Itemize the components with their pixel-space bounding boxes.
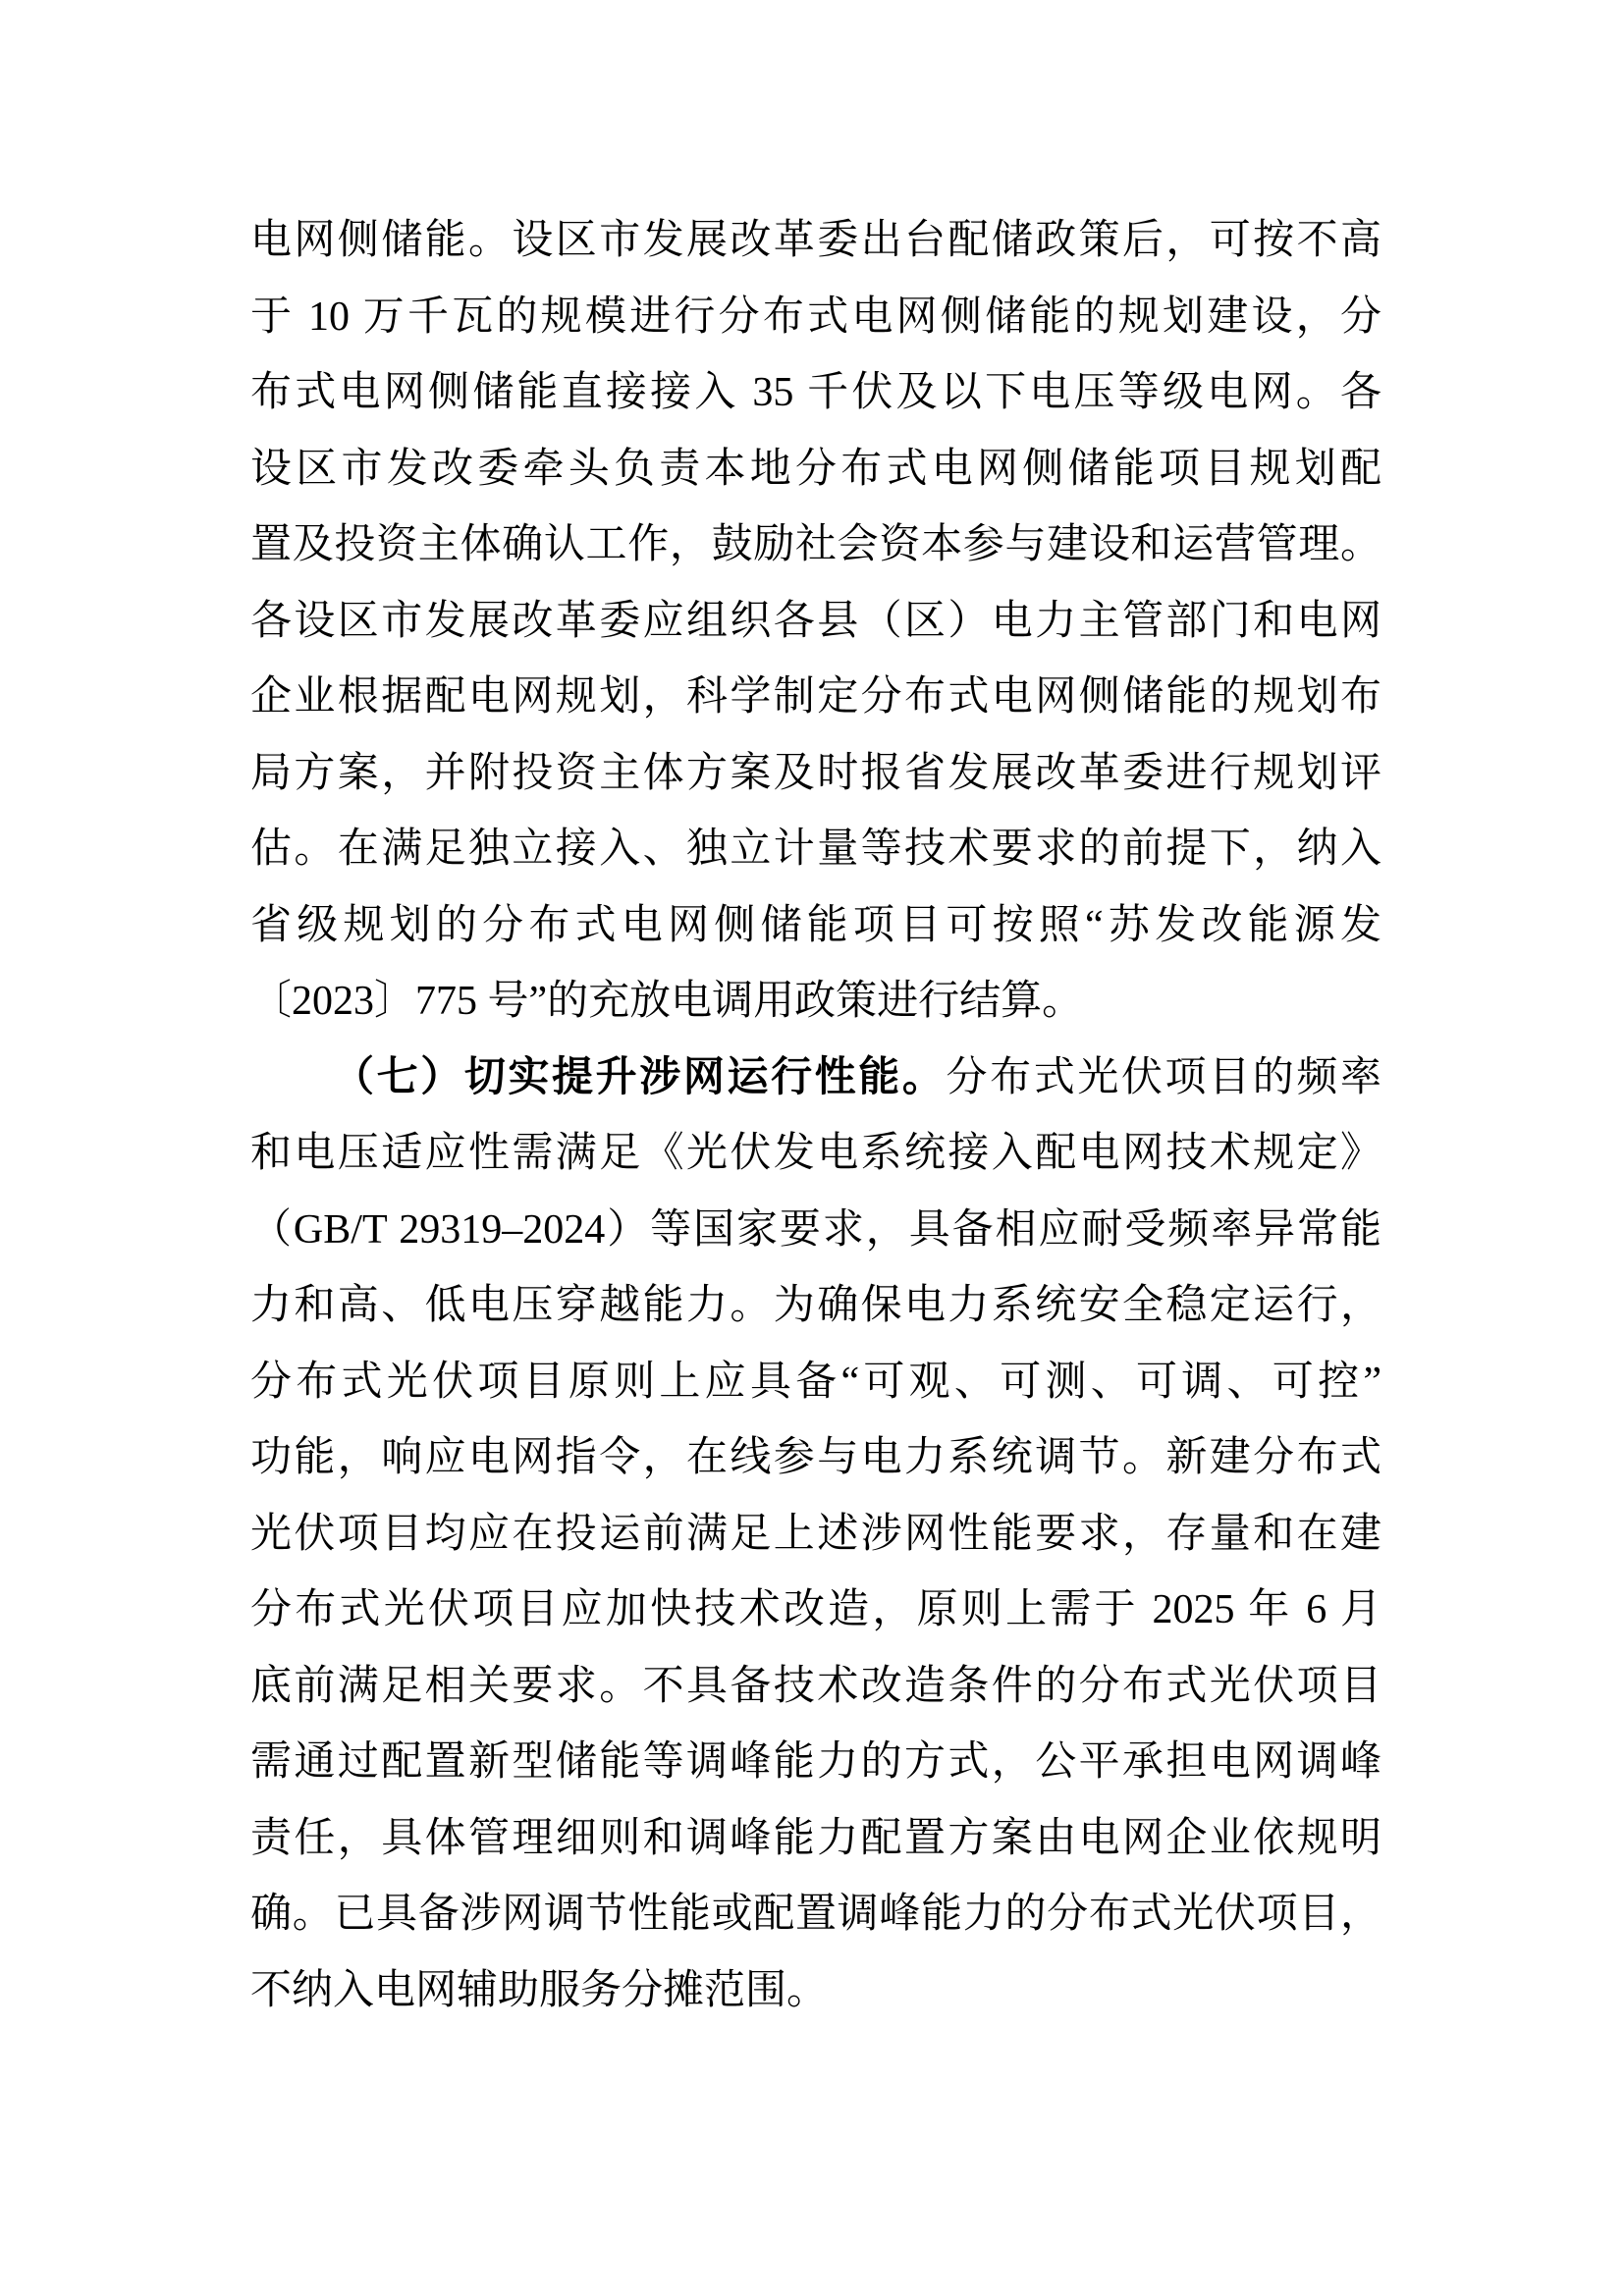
text-line: 各设区市发展改革委应组织各县（区）电力主管部门和电网 [250, 584, 1381, 661]
text-line: 企业根据配电网规划，科学制定分布式电网侧储能的规划布 [250, 660, 1381, 736]
text-line: 底前满足相关要求。不具备技术改造条件的分布式光伏项目 [250, 1649, 1381, 1726]
text-line: 置及投资主体确认工作，鼓励社会资本参与建设和运营管理。 [250, 507, 1381, 584]
text-line: （七）切实提升涉网运行性能。分布式光伏项目的频率 [250, 1041, 1381, 1117]
text-line: 分布式光伏项目原则上应具备“可观、可测、可调、可控” [250, 1345, 1381, 1421]
text-line: 和电压适应性需满足《光伏发电系统接入配电网技术规定》 [250, 1116, 1381, 1193]
text-line: 力和高、低电压穿越能力。为确保电力系统安全稳定运行， [250, 1268, 1381, 1345]
text-line: （GB/T 29319–2024）等国家要求，具备相应耐受频率异常能 [250, 1193, 1381, 1269]
text-line: 电网侧储能。设区市发展改革委出台配储政策后，可按不高 [250, 203, 1381, 280]
text-line: 局方案，并附投资主体方案及时报省发展改革委进行规划评 [250, 736, 1381, 813]
text-line: 确。已具备涉网调节性能或配置调峰能力的分布式光伏项目， [250, 1877, 1381, 1953]
text-line: 功能，响应电网指令，在线参与电力系统调节。新建分布式 [250, 1420, 1381, 1497]
text-line: 责任，具体管理细则和调峰能力配置方案由电网企业依规明 [250, 1801, 1381, 1878]
text-line: 光伏项目均应在投运前满足上述涉网性能要求，存量和在建 [250, 1497, 1381, 1574]
text-line: 〔2023〕775 号”的充放电调用政策进行结算。 [250, 964, 1381, 1041]
text-line: 不纳入电网辅助服务分摊范围。 [250, 1953, 1381, 2030]
text-line: 需通过配置新型储能等调峰能力的方式，公平承担电网调峰 [250, 1725, 1381, 1801]
text-line: 布式电网侧储能直接接入 35 千伏及以下电压等级电网。各 [250, 355, 1381, 432]
line-text: 分布式光伏项目的频率 [947, 1055, 1381, 1100]
document-text: 电网侧储能。设区市发展改革委出台配储政策后，可按不高于 10 万千瓦的规模进行分… [250, 203, 1381, 2029]
section-heading: （七）切实提升涉网运行性能。 [333, 1055, 947, 1100]
document-page: 电网侧储能。设区市发展改革委出台配储政策后，可按不高于 10 万千瓦的规模进行分… [0, 0, 1624, 2296]
text-line: 估。在满足独立接入、独立计量等技术要求的前提下，纳入 [250, 812, 1381, 888]
text-line: 设区市发改委牵头负责本地分布式电网侧储能项目规划配 [250, 432, 1381, 508]
text-line: 省级规划的分布式电网侧储能项目可按照“苏发改能源发 [250, 888, 1381, 965]
text-line: 于 10 万千瓦的规模进行分布式电网侧储能的规划建设，分 [250, 280, 1381, 356]
text-line: 分布式光伏项目应加快技术改造，原则上需于 2025 年 6 月 [250, 1573, 1381, 1649]
